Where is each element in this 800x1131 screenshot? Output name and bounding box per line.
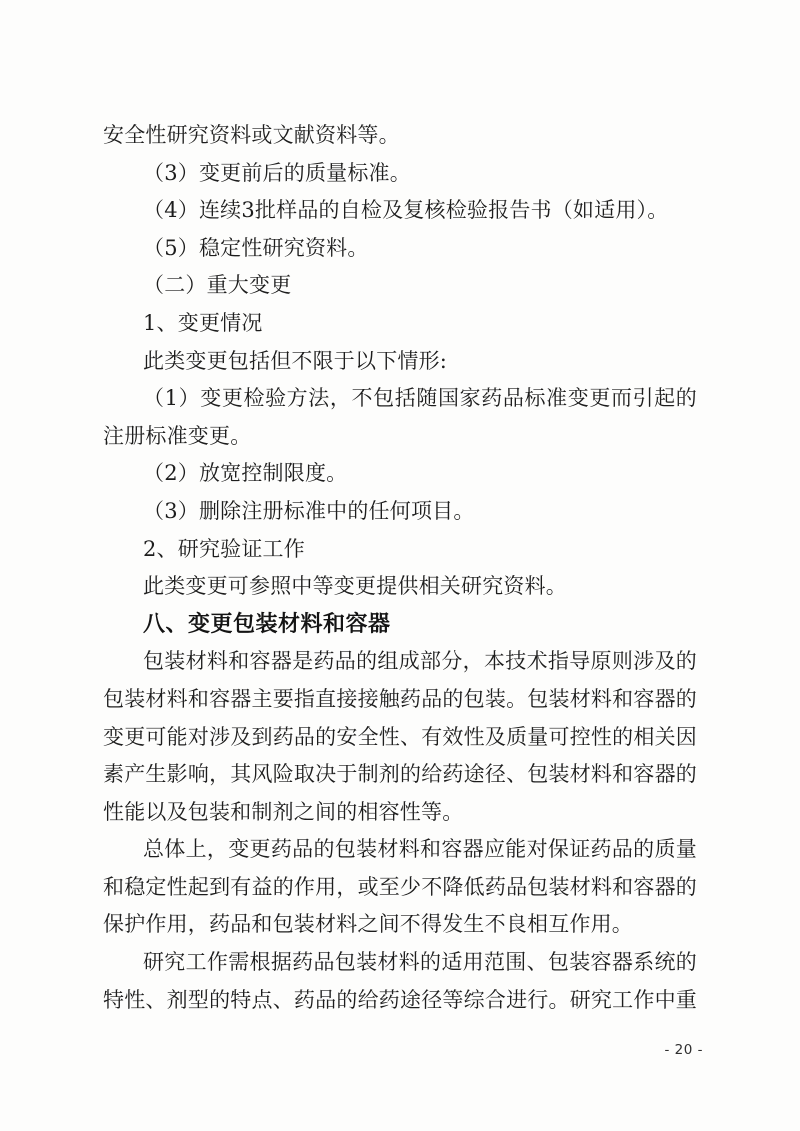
text-line: 注册标准变更。 — [103, 418, 697, 456]
text-line: 变更可能对涉及到药品的安全性、有效性及质量可控性的相关因 — [103, 719, 697, 757]
text-line: （2）放宽控制限度。 — [103, 455, 697, 493]
text-line: 安全性研究资料或文献资料等。 — [103, 117, 697, 155]
text-line: （1）变更检验方法，不包括随国家药品标准变更而引起的 — [103, 380, 697, 418]
document-page: 安全性研究资料或文献资料等。（3）变更前后的质量标准。（4）连续3批样品的自检及… — [0, 0, 800, 1131]
text-line: 包装材料和容器是药品的组成部分，本技术指导原则涉及的 — [103, 643, 697, 681]
text-line: （二）重大变更 — [103, 267, 697, 305]
text-line: 性能以及包装和制剂之间的相容性等。 — [103, 794, 697, 832]
text-line: 包装材料和容器主要指直接接触药品的包装。包装材料和容器的 — [103, 681, 697, 719]
text-line: （5）稳定性研究资料。 — [103, 230, 697, 268]
text-line: 特性、剂型的特点、药品的给药途径等综合进行。研究工作中重 — [103, 982, 697, 1020]
text-line: （3）变更前后的质量标准。 — [103, 155, 697, 193]
text-line: 保护作用，药品和包装材料之间不得发生不良相互作用。 — [103, 906, 697, 944]
text-line: 此类变更可参照中等变更提供相关研究资料。 — [103, 568, 697, 606]
page-number: - 20 - — [664, 1042, 703, 1058]
text-line: 和稳定性起到有益的作用，或至少不降低药品包装材料和容器的 — [103, 869, 697, 907]
text-line: 素产生影响，其风险取决于制剂的给药途径、包装材料和容器的 — [103, 756, 697, 794]
text-line: 1、变更情况 — [103, 305, 697, 343]
text-line: 总体上，变更药品的包装材料和容器应能对保证药品的质量 — [103, 831, 697, 869]
text-line: （4）连续3批样品的自检及复核检验报告书（如适用）。 — [103, 192, 697, 230]
text-line: （3）删除注册标准中的任何项目。 — [103, 493, 697, 531]
text-line: 2、研究验证工作 — [103, 531, 697, 569]
text-line: 研究工作需根据药品包装材料的适用范围、包装容器系统的 — [103, 944, 697, 982]
section-heading: 八、变更包装材料和容器 — [103, 606, 697, 644]
text-block: 安全性研究资料或文献资料等。（3）变更前后的质量标准。（4）连续3批样品的自检及… — [103, 117, 697, 1019]
text-line: 此类变更包括但不限于以下情形: — [103, 343, 697, 381]
